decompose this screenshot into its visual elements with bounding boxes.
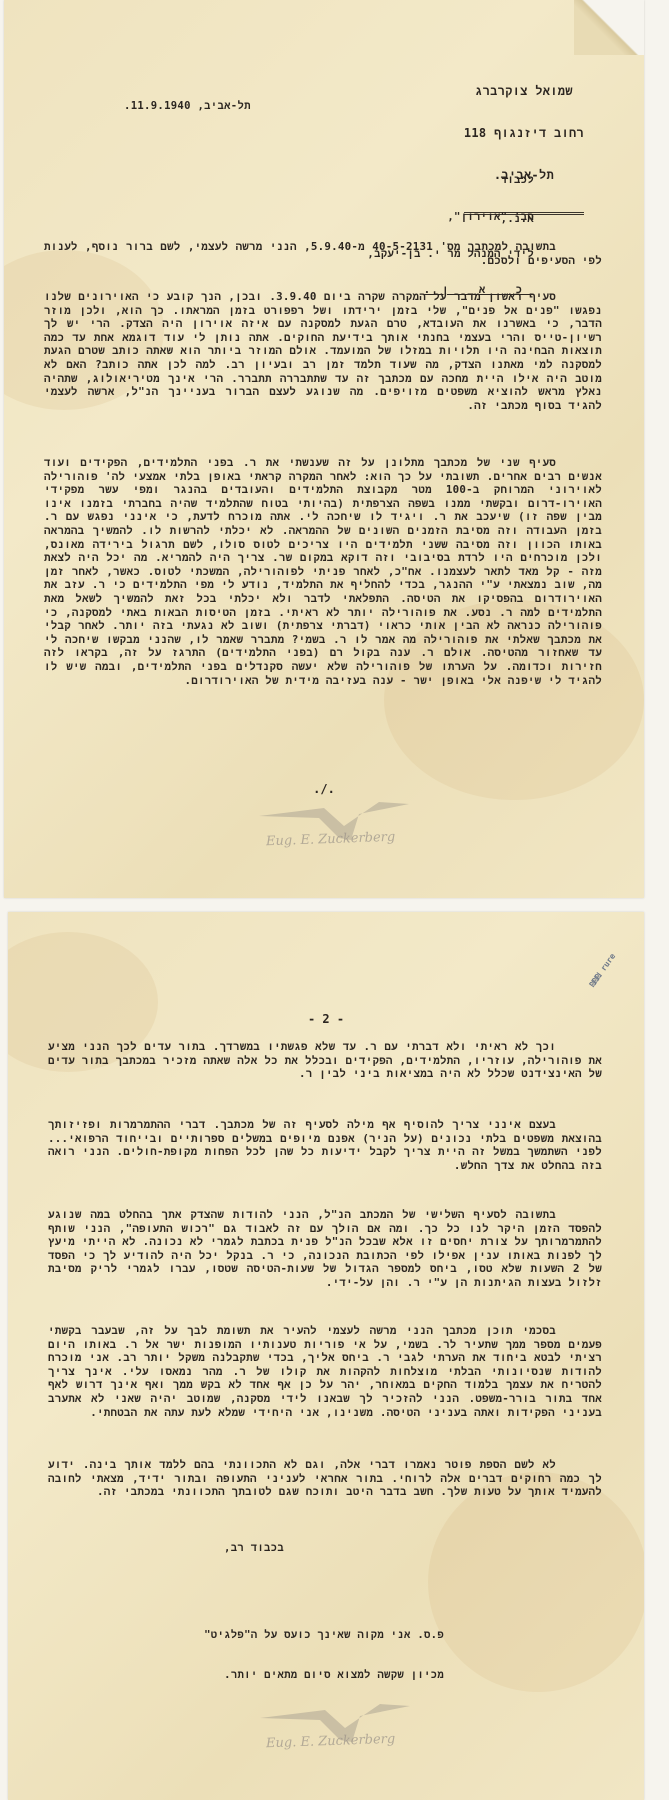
paragraph-text: בתשובה למכתבך מס' 40-5-2131 מ-5.9.40, הנ… bbox=[44, 240, 602, 267]
paragraph: בסכמי תוכן מכתבך הנני מרשה לעצמי להעיר א… bbox=[48, 1324, 602, 1419]
paragraph-text: סעיף ראשון מדבר על המקרה שקרה ביום 3.9.4… bbox=[44, 290, 602, 412]
sender-street: רחוב דיזנגוף 118 bbox=[464, 126, 584, 140]
paragraph-text: וכך לא ראיתי ולא דברתי עם ר. עד שלא פגשת… bbox=[48, 1040, 602, 1080]
sender-name: שמואל צוקרברג bbox=[464, 84, 584, 98]
folded-corner bbox=[574, 0, 644, 55]
paper-stain bbox=[428, 1472, 644, 1692]
paragraph: סעיף ראשון מדבר על המקרה שקרה ביום 3.9.4… bbox=[44, 290, 602, 412]
paragraph-text: סעיף שני של מכתבך מתלונן על זה שענשתי את… bbox=[44, 456, 602, 687]
letter-page-1: שמואל צוקרברג רחוב דיזנגוף 118 תל-אביב. … bbox=[4, 0, 644, 898]
paragraph-text: לא לשם הספת פוטר נאמרו דברי אלה, וגם לא … bbox=[48, 1458, 602, 1498]
address-line: לכבוד bbox=[367, 174, 534, 186]
paragraph-text: בסכמי תוכן מכתבך הנני מרשה לעצמי להעיר א… bbox=[48, 1324, 602, 1419]
continuation-mark: ./. bbox=[4, 782, 644, 796]
postscript: פ.ס. אני מקוה שאינך כועס על ה"פלגיט" מכי… bbox=[204, 1602, 444, 1709]
letter-date: תל-אביב, 11.9.1940. bbox=[124, 100, 251, 113]
paragraph: סעיף שני של מכתבך מתלונן על זה שענשתי את… bbox=[44, 456, 602, 687]
closing: בכבוד רב, bbox=[224, 1542, 284, 1555]
page-number: - 2 - bbox=[8, 1012, 644, 1026]
paragraph: בתשובה למכתבך מס' 40-5-2131 מ-5.9.40, הנ… bbox=[44, 240, 602, 267]
paragraph: וכך לא ראיתי ולא דברתי עם ר. עד שלא פגשת… bbox=[48, 1040, 602, 1081]
paragraph: לא לשם הספת פוטר נאמרו דברי אלה, וגם לא … bbox=[48, 1458, 602, 1499]
paragraph-text: בתשובה לסעיף השלישי של המכתב הנ"ל, הנני … bbox=[48, 1208, 602, 1289]
paragraph: בתשובה לסעיף השלישי של המכתב הנ"ל, הנני … bbox=[48, 1208, 602, 1290]
letter-page-2: ₪₪₪ rure - 2 - וכך לא ראיתי ולא דברתי עם… bbox=[8, 912, 644, 1800]
postscript-line: מכיון שקשה למצוא סיום מתאים יותר. bbox=[204, 1669, 444, 1682]
paragraph-text: בעצם אינני צריך להוסיף אף מילה לסעיף זה … bbox=[48, 1118, 602, 1172]
salutation: א.נ., bbox=[501, 213, 534, 226]
postscript-line: פ.ס. אני מקוה שאינך כועס על ה"פלגיט" bbox=[204, 1629, 444, 1642]
paragraph: בעצם אינני צריך להוסיף אף מילה לסעיף זה … bbox=[48, 1118, 602, 1172]
